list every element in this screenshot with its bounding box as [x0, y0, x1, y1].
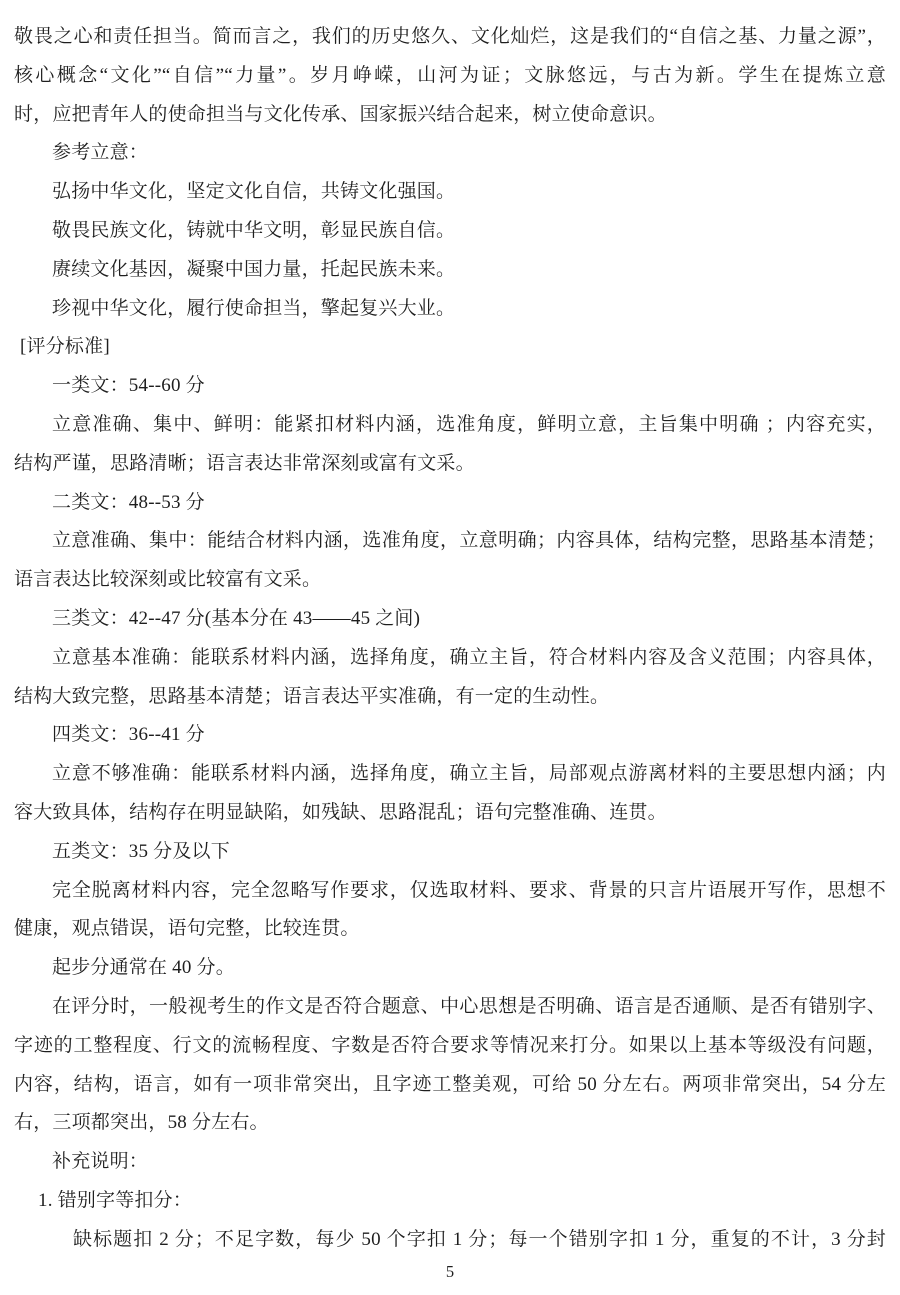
category-5-description-line: 完全脱离材料内容，完全忽略写作要求，仅选取材料、要求、背景的只言片语展开写作，思…: [14, 872, 886, 911]
category-4-description-line: 立意不够准确：能联系材料内涵，选择角度，确立主旨，局部观点游离材料的主要思想内涵…: [14, 755, 886, 794]
category-5-score-range: 五类文：35 分及以下: [14, 833, 886, 872]
category-5-description-line: 健康，观点错误，语句完整，比较连贯。: [14, 910, 886, 949]
reference-ideas-heading: 参考立意：: [14, 134, 886, 173]
category-3-description-line: 立意基本准确：能联系材料内涵，选择角度，确立主旨，符合材料内容及含义范围；内容具…: [14, 639, 886, 678]
category-2-score-range: 二类文：48--53 分: [14, 484, 886, 523]
general-scoring-guidance-line: 在评分时，一般视考生的作文是否符合题意、中心思想是否明确、语言是否通顺、是否有错…: [14, 988, 886, 1027]
deduction-rule-heading: 1. 错别字等扣分：: [14, 1182, 886, 1221]
category-1-description-line: 立意准确、集中、鲜明：能紧扣材料内涵，选准角度，鲜明立意，主旨集中明确 ；内容充…: [14, 406, 886, 445]
category-4-description-line: 容大致具体，结构存在明显缺陷，如残缺、思路混乱；语句完整准确、连贯。: [14, 794, 886, 833]
intro-paragraph-line: 核心概念“文化”“自信”“力量”。岁月峥嵘，山河为证；文脉悠远，与古为新。学生在…: [14, 57, 886, 96]
category-3-description-line: 结构大致完整，思路基本清楚；语言表达平实准确，有一定的生动性。: [14, 678, 886, 717]
reference-idea-item: 珍视中华文化，履行使命担当，擎起复兴大业。: [14, 290, 886, 329]
category-4-score-range: 四类文：36--41 分: [14, 716, 886, 755]
reference-idea-item: 赓续文化基因，凝聚中国力量，托起民族未来。: [14, 251, 886, 290]
starting-score-note: 起步分通常在 40 分。: [14, 949, 886, 988]
intro-paragraph-line: 敬畏之心和责任担当。简而言之，我们的历史悠久、文化灿烂，这是我们的“自信之基、力…: [14, 18, 886, 57]
reference-idea-item: 敬畏民族文化，铸就中华文明，彰显民族自信。: [14, 212, 886, 251]
general-scoring-guidance-line: 右，三项都突出，58 分左右。: [14, 1104, 886, 1143]
category-3-score-range: 三类文：42--47 分(基本分在 43——45 之间): [14, 600, 886, 639]
category-1-score-range: 一类文：54--60 分: [14, 367, 886, 406]
intro-paragraph-line: 时，应把青年人的使命担当与文化传承、国家振兴结合起来，树立使命意识。: [14, 96, 886, 135]
category-2-description-line: 语言表达比较深刻或比较富有文采。: [14, 561, 886, 600]
category-1-description-line: 结构严谨，思路清晰；语言表达非常深刻或富有文采。: [14, 445, 886, 484]
reference-idea-item: 弘扬中华文化，坚定文化自信，共铸文化强国。: [14, 173, 886, 212]
category-2-description-line: 立意准确、集中：能结合材料内涵，选准角度，立意明确；内容具体，结构完整，思路基本…: [14, 522, 886, 561]
general-scoring-guidance-line: 字迹的工整程度、行文的流畅程度、字数是否符合要求等情况来打分。如果以上基本等级没…: [14, 1027, 886, 1066]
page-number: 5: [14, 1260, 886, 1290]
supplementary-notes-heading: 补充说明：: [14, 1143, 886, 1182]
deduction-rule-detail-line: 缺标题扣 2 分；不足字数，每少 50 个字扣 1 分；每一个错别字扣 1 分，…: [14, 1221, 886, 1260]
scoring-standard-heading: [评分标准]: [14, 328, 886, 367]
general-scoring-guidance-line: 内容，结构，语言，如有一项非常突出，且字迹工整美观，可给 50 分左右。两项非常…: [14, 1066, 886, 1105]
document-page: 敬畏之心和责任担当。简而言之，我们的历史悠久、文化灿烂，这是我们的“自信之基、力…: [0, 0, 900, 1295]
